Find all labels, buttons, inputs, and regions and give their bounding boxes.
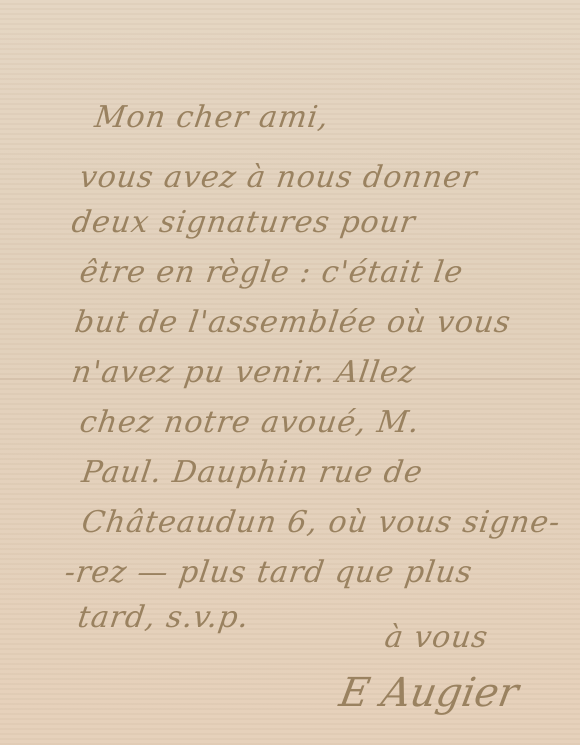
handwritten-letter-page: Mon cher ami, vous avez à nous donner de…	[0, 0, 580, 745]
letter-line-3: être en règle : c'était le	[78, 255, 466, 290]
letter-line-7: Paul. Dauphin rue de	[80, 455, 426, 490]
letter-line-4: but de l'assemblée où vous	[73, 305, 514, 340]
letter-closing: à vous	[383, 620, 491, 655]
letter-line-1: vous avez à nous donner	[78, 160, 480, 195]
letter-line-2: deux signatures pour	[70, 205, 418, 240]
letter-line-8: Châteaudun 6, où vous signe-	[80, 505, 563, 540]
letter-line-5: n'avez pu venir. Allez	[70, 355, 419, 390]
letter-line-6: chez notre avoué, M.	[78, 405, 423, 440]
letter-signature: E Augier	[336, 670, 522, 716]
letter-line-10: tard, s.v.p.	[76, 600, 252, 635]
letter-line-9: -rez — plus tard que plus	[63, 555, 475, 590]
letter-salutation: Mon cher ami,	[93, 100, 332, 135]
